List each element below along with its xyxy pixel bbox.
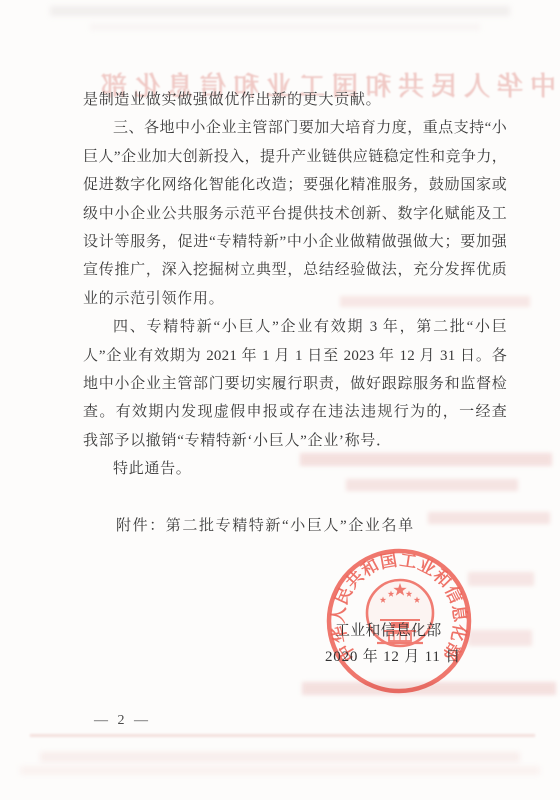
body-line: 查。有效期内发现虚假申报或存在违法违规行为的，一经查实，: [83, 398, 507, 426]
body-line: 我部予以撤销“专精特新‘小巨人”企业’称号．: [83, 427, 507, 455]
body-line: 四、专精特新“小巨人”企业有效期 3 年，第二批“小巨: [83, 313, 507, 341]
body-line: 地中小企业主管部门要切实履行职责，做好跟踪服务和监督检: [83, 370, 507, 398]
scan-noise: [90, 24, 480, 30]
scanned-document-page: 中华人民共和国工业和信息化部 是制造业做实做强做优作出新的更大贡献。 三、各地中…: [0, 0, 560, 800]
document-date: 2020 年 12 月 11 日: [325, 645, 461, 666]
bleedthrough-line: [30, 734, 535, 737]
body-line: 巨人”企业加大创新投入，提升产业链供应链稳定性和竞争力，: [83, 143, 507, 171]
scan-noise: [40, 752, 520, 762]
body-line: 是制造业做实做强做优作出新的更大贡献。: [83, 86, 507, 114]
body-line: 级中小企业公共服务示范平台提供技术创新、数字化赋能及工业: [83, 200, 507, 228]
page-number: — 2 —: [94, 713, 151, 729]
scan-noise: [50, 6, 510, 16]
body-line: 特此通告。: [83, 455, 507, 483]
body-line: 宣传推广，深入挖掘树立典型，总结经验做法，充分发挥优质企: [83, 256, 507, 284]
body-line: 人”企业有效期为 2021 年 1 月 1 日至 2023 年 12 月 31 …: [83, 342, 507, 370]
signing-authority: 工业和信息化部: [335, 619, 441, 640]
body-line: 促进数字化网络化智能化改造；要强化精准服务，鼓励国家或省: [83, 171, 507, 199]
body-line: 业的示范引领作用。: [83, 285, 507, 313]
body-line: 三、各地中小企业主管部门要加大培育力度，重点支持“小: [83, 114, 507, 142]
scan-noise: [20, 766, 540, 775]
document-body: 是制造业做实做强做优作出新的更大贡献。 三、各地中小企业主管部门要加大培育力度，…: [83, 86, 507, 483]
body-line: 设计等服务，促进“专精特新”中小企业做精做强做大；要加强: [83, 228, 507, 256]
